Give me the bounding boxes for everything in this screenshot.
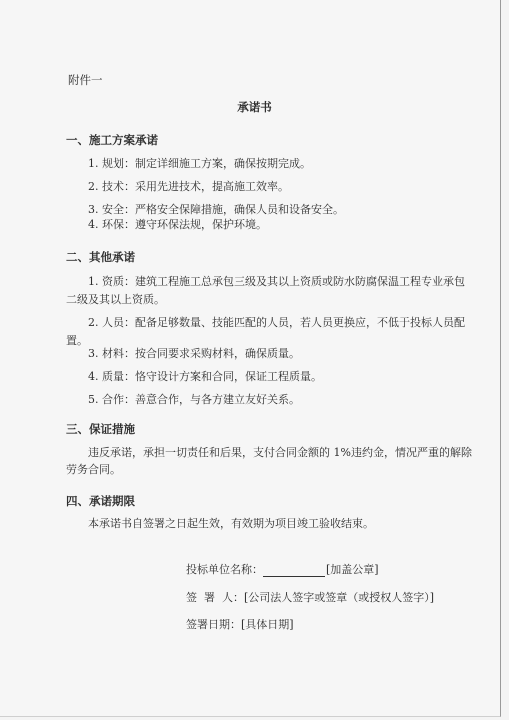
document-title: 承诺书 bbox=[0, 100, 509, 114]
section-heading-1: 一、施工方案承诺 bbox=[66, 133, 158, 147]
section-2-item-2-line-1: 2. 人员：配备足够数量、技能匹配的人员，若人员更换应，不低于投标人员配 bbox=[88, 316, 465, 330]
section-heading-4: 四、承诺期限 bbox=[66, 494, 135, 508]
section-3-paragraph-line-1: 违反承诺，承担一切责任和后果，支付合同金额的 1%违约金，情况严重的解除 bbox=[88, 446, 472, 460]
section-heading-3: 三、保证措施 bbox=[66, 422, 135, 436]
bidder-seal-note: [加盖公章] bbox=[326, 563, 379, 576]
section-2-item-1-line-1: 1. 资质：建筑工程施工总承包三级及其以上资质或防水防腐保温工程专业承包 bbox=[88, 275, 465, 289]
section-1-item-4: 4. 环保：遵守环保法规，保护环境。 bbox=[88, 218, 267, 232]
bidder-label: 投标单位名称： bbox=[186, 563, 263, 576]
section-2-item-3: 3. 材料：按合同要求采购材料，确保质量。 bbox=[88, 347, 300, 361]
section-2-item-1-line-2: 二级及其以上资质。 bbox=[66, 293, 165, 307]
bidder-name-blank bbox=[263, 565, 325, 577]
sign-date-label: 签署日期： bbox=[186, 618, 241, 631]
section-2-item-2-line-2: 置。 bbox=[66, 334, 88, 348]
section-1-item-3: 3. 安全：严格安全保障措施，确保人员和设备安全。 bbox=[88, 203, 344, 217]
section-4-paragraph: 本承诺书自签署之日起生效，有效期为项目竣工验收结束。 bbox=[88, 517, 374, 531]
section-1-item-2: 2. 技术：采用先进技术，提高施工效率。 bbox=[88, 180, 289, 194]
signer-label: 签 署 人： bbox=[186, 591, 244, 604]
section-1-item-1: 1. 规划：制定详细施工方案，确保按期完成。 bbox=[88, 157, 311, 171]
section-2-item-4: 4. 质量：恪守设计方案和合同，保证工程质量。 bbox=[88, 370, 322, 384]
section-3-paragraph-line-2: 劳务合同。 bbox=[66, 463, 121, 477]
signer-line: 签 署 人：[公司法人签字或签章（或授权人签字）] bbox=[186, 591, 434, 605]
attachment-label: 附件一 bbox=[68, 73, 103, 87]
section-2-item-5: 5. 合作：善意合作，与各方建立友好关系。 bbox=[88, 393, 300, 407]
signer-value: [公司法人签字或签章（或授权人签字）] bbox=[244, 591, 434, 604]
sign-date-line: 签署日期：[具体日期] bbox=[186, 618, 294, 632]
bidder-name-line: 投标单位名称：[加盖公章] bbox=[186, 563, 379, 577]
section-heading-2: 二、其他承诺 bbox=[66, 250, 135, 264]
document-page: 附件一 承诺书 一、施工方案承诺 1. 规划：制定详细施工方案，确保按期完成。 … bbox=[0, 0, 501, 717]
sign-date-value: [具体日期] bbox=[241, 618, 294, 631]
